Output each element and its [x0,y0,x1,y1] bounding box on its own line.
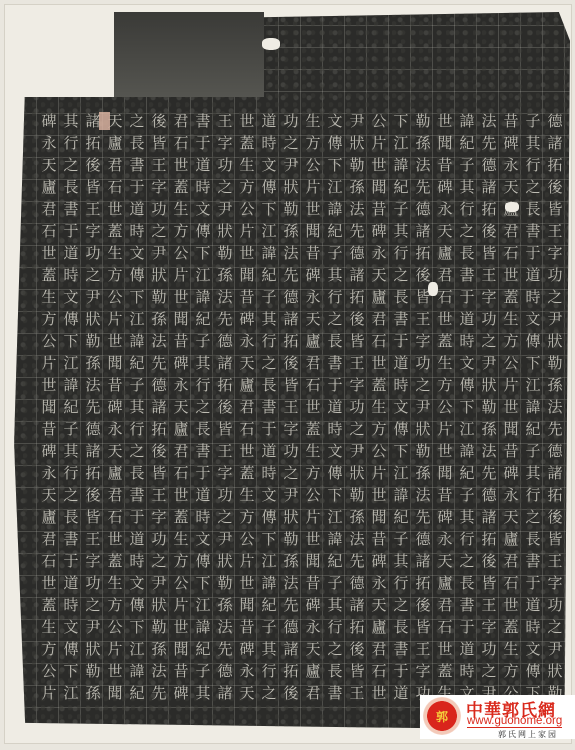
inscription-character: 傳 [522,660,544,682]
inscription-character: 天 [434,550,456,572]
inscription-character: 時 [126,550,148,572]
inscription-character: 諸 [478,506,500,528]
inscription-character: 君 [500,220,522,242]
inscription-character: 子 [192,330,214,352]
inscription-character: 拓 [544,484,566,506]
inscription-character: 後 [544,506,566,528]
inscription-character: 其 [258,638,280,660]
red-seal-stamp [99,112,110,130]
inscription-character: 世 [236,572,258,594]
inscription-character: 書 [324,352,346,374]
inscription-character: 王 [478,264,500,286]
inscription-character: 下 [390,440,412,462]
inscription-character: 君 [170,110,192,132]
inscription-character: 時 [324,418,346,440]
inscription-character: 公 [302,154,324,176]
inscription-character: 公 [236,528,258,550]
inscription-character: 勒 [214,242,236,264]
inscription-character: 勒 [544,352,566,374]
inscription-character: 孫 [82,352,104,374]
inscription-character: 世 [500,594,522,616]
inscription-character: 片 [500,374,522,396]
inscription-character: 先 [346,550,368,572]
inscription-character: 長 [258,374,280,396]
inscription-character: 王 [214,440,236,462]
inscription-character: 石 [104,506,126,528]
inscription-character: 方 [104,594,126,616]
inscription-character: 皆 [82,176,104,198]
inscription-character: 聞 [434,462,456,484]
inscription-character: 廬 [236,374,258,396]
inscription-character: 諱 [456,440,478,462]
inscription-character: 王 [82,528,104,550]
inscription-character: 下 [60,330,82,352]
inscription-character: 字 [280,418,302,440]
inscription-character: 勒 [478,396,500,418]
inscription-character: 方 [236,176,258,198]
inscription-character: 其 [324,594,346,616]
inscription-character: 廬 [500,528,522,550]
inscription-character: 聞 [500,418,522,440]
inscription-character: 紀 [258,264,280,286]
inscription-character: 狀 [82,308,104,330]
inscription-character: 功 [544,594,566,616]
inscription-character: 勒 [148,286,170,308]
inscription-character: 傳 [126,264,148,286]
inscription-character: 諱 [60,374,82,396]
inscription-character: 後 [346,638,368,660]
inscription-character: 永 [302,286,324,308]
inscription-character: 文 [60,286,82,308]
inscription-character: 諱 [522,396,544,418]
inscription-character: 方 [500,660,522,682]
inscription-character: 碑 [38,110,60,132]
inscription-character: 君 [104,154,126,176]
inscription-character: 拓 [478,528,500,550]
inscription-character: 世 [104,330,126,352]
inscription-character: 書 [456,264,478,286]
inscription-character: 傳 [192,220,214,242]
inscription-character: 于 [456,616,478,638]
inscription-character: 紀 [390,176,412,198]
inscription-character: 皆 [478,242,500,264]
inscription-character: 于 [126,506,148,528]
inscription-character: 之 [280,132,302,154]
inscription-character: 傳 [192,550,214,572]
inscription-character: 諱 [258,572,280,594]
inscription-character: 公 [104,616,126,638]
inscription-character: 行 [456,528,478,550]
inscription-character: 昔 [104,374,126,396]
inscription-character: 後 [412,594,434,616]
inscription-character: 道 [60,242,82,264]
inscription-character: 行 [324,286,346,308]
inscription-character: 先 [148,682,170,704]
inscription-character: 永 [236,330,258,352]
inscription-character: 狀 [148,264,170,286]
inscription-character: 文 [126,572,148,594]
inscription-character: 拓 [412,242,434,264]
inscription-character: 公 [368,110,390,132]
inscription-character: 生 [302,110,324,132]
inscription-character: 世 [170,616,192,638]
inscription-character: 石 [302,374,324,396]
inscription-character: 諸 [544,132,566,154]
inscription-character: 道 [324,396,346,418]
inscription-character: 片 [104,638,126,660]
inscription-character: 先 [280,594,302,616]
inscription-character: 其 [60,110,82,132]
inscription-character: 時 [522,286,544,308]
inscription-character: 廬 [38,176,60,198]
inscription-character: 王 [280,396,302,418]
inscription-character: 時 [60,594,82,616]
inscription-character: 拓 [478,198,500,220]
inscription-character: 長 [126,132,148,154]
inscription-character: 長 [456,242,478,264]
damage-spot [262,38,280,50]
inscription-character: 德 [82,418,104,440]
inscription-character: 石 [38,550,60,572]
inscription-character: 德 [148,374,170,396]
inscription-character: 蓋 [302,418,324,440]
inscription-character: 狀 [346,132,368,154]
inscription-character: 拓 [82,462,104,484]
inscription-character: 長 [522,528,544,550]
inscription-character: 勒 [82,330,104,352]
inscription-character: 蓋 [500,616,522,638]
inscription-character: 其 [390,220,412,242]
inscription-character: 行 [522,154,544,176]
inscription-character: 子 [390,528,412,550]
inscription-character: 其 [522,462,544,484]
inscription-character: 功 [148,198,170,220]
inscription-character: 世 [38,572,60,594]
inscription-character: 尹 [544,308,566,330]
inscription-character: 廬 [38,506,60,528]
inscription-character: 法 [82,374,104,396]
inscription-character: 道 [126,528,148,550]
inscription-character: 行 [60,462,82,484]
inscription-character: 傳 [60,308,82,330]
inscription-character: 書 [522,550,544,572]
inscription-character: 君 [104,484,126,506]
inscription-character: 狀 [214,550,236,572]
inscription-character: 功 [214,484,236,506]
inscription-character: 先 [346,220,368,242]
inscription-character: 君 [302,352,324,374]
inscription-character: 諱 [324,528,346,550]
inscription-character: 天 [500,176,522,198]
inscription-character: 行 [456,198,478,220]
inscription-character: 聞 [302,550,324,572]
inscription-character: 石 [170,462,192,484]
inscription-character: 尹 [214,528,236,550]
inscription-character: 昔 [434,484,456,506]
inscription-character: 傳 [258,506,280,528]
inscription-character: 下 [324,154,346,176]
inscription-character: 江 [60,352,82,374]
inscription-character: 其 [60,440,82,462]
inscription-character: 時 [456,660,478,682]
inscription-character: 皆 [148,462,170,484]
inscription-character: 功 [280,110,302,132]
inscription-character: 于 [456,286,478,308]
inscription-character: 尹 [346,110,368,132]
inscription-character: 之 [324,638,346,660]
inscription-character: 石 [368,330,390,352]
inscription-character: 法 [214,616,236,638]
inscription-character: 狀 [214,220,236,242]
inscription-character: 天 [302,308,324,330]
inscription-character: 道 [192,154,214,176]
inscription-character: 諸 [346,594,368,616]
inscription-character: 字 [478,616,500,638]
damage-spot [505,202,519,212]
inscription-character: 其 [126,396,148,418]
inscription-character: 紀 [258,594,280,616]
inscription-character: 尹 [148,242,170,264]
inscription-character: 世 [368,484,390,506]
inscription-character: 道 [522,264,544,286]
inscription-character: 其 [324,264,346,286]
inscription-character: 長 [324,330,346,352]
inscription-character: 孫 [412,132,434,154]
inscription-character: 時 [456,330,478,352]
inscription-character: 碑 [368,550,390,572]
inscription-character: 其 [390,550,412,572]
inscription-character: 王 [214,110,236,132]
inscription-character: 公 [236,198,258,220]
inscription-character: 方 [104,264,126,286]
inscription-character: 君 [434,264,456,286]
inscription-character: 世 [302,528,324,550]
inscription-character: 道 [390,352,412,374]
inscription-character: 功 [544,264,566,286]
inscription-character: 昔 [236,286,258,308]
inscription-character: 時 [258,462,280,484]
inscription-character: 功 [280,440,302,462]
inscription-character: 諱 [192,616,214,638]
inscription-character: 子 [126,374,148,396]
inscription-character: 功 [82,242,104,264]
inscription-character: 天 [104,440,126,462]
inscription-character: 勒 [82,660,104,682]
inscription-character: 生 [38,616,60,638]
inscription-character: 尹 [82,616,104,638]
inscription-character: 長 [390,286,412,308]
inscription-character: 之 [280,462,302,484]
inscription-character: 行 [192,374,214,396]
inscription-character: 蓋 [170,176,192,198]
inscription-character: 江 [456,418,478,440]
inscription-character: 片 [38,682,60,704]
inscription-character: 字 [544,242,566,264]
inscription-character: 之 [544,286,566,308]
inscription-character: 時 [60,264,82,286]
inscription-character: 廬 [104,462,126,484]
inscription-character: 石 [236,418,258,440]
inscription-character: 諸 [280,308,302,330]
inscription-character: 下 [258,528,280,550]
inscription-character: 君 [38,198,60,220]
inscription-character: 法 [478,110,500,132]
inscription-character: 王 [412,638,434,660]
inscription-character: 廬 [368,286,390,308]
inscription-character: 生 [170,198,192,220]
inscription-character: 紀 [390,506,412,528]
inscription-grid: 碑其諸天之後君書王世道功生文尹公下勒世諱法昔子德永行拓廬長皆石于字蓋時之方傳狀片… [38,110,568,720]
inscription-character: 生 [236,154,258,176]
inscription-character: 之 [60,154,82,176]
inscription-character: 長 [390,616,412,638]
inscription-character: 書 [60,528,82,550]
inscription-character: 德 [214,660,236,682]
inscription-character: 碑 [170,352,192,374]
inscription-character: 尹 [148,572,170,594]
inscription-character: 于 [390,330,412,352]
inscription-character: 子 [324,572,346,594]
inscription-character: 文 [258,154,280,176]
inscription-character: 文 [258,484,280,506]
inscription-character: 永 [236,660,258,682]
inscription-character: 之 [522,506,544,528]
inscription-character: 公 [104,286,126,308]
inscription-character: 紀 [456,462,478,484]
inscription-character: 世 [236,242,258,264]
inscription-character: 碑 [368,220,390,242]
inscription-character: 江 [60,682,82,704]
inscription-character: 長 [456,572,478,594]
inscription-character: 子 [258,286,280,308]
inscription-character: 長 [60,176,82,198]
inscription-character: 道 [390,682,412,704]
inscription-character: 先 [148,352,170,374]
inscription-character: 永 [368,242,390,264]
inscription-character: 石 [368,660,390,682]
inscription-character: 片 [302,506,324,528]
inscription-character: 其 [522,132,544,154]
inscription-character: 書 [258,396,280,418]
worn-top-band [114,12,264,97]
inscription-character: 石 [500,242,522,264]
inscription-character: 江 [192,264,214,286]
inscription-character: 碑 [302,264,324,286]
inscription-character: 後 [544,176,566,198]
inscription-character: 子 [522,440,544,462]
inscription-character: 勒 [280,528,302,550]
inscription-character: 文 [126,242,148,264]
inscription-character: 狀 [412,418,434,440]
inscription-character: 碑 [434,176,456,198]
inscription-character: 片 [236,550,258,572]
inscription-character: 時 [126,220,148,242]
inscription-character: 廬 [104,132,126,154]
inscription-character: 後 [478,220,500,242]
inscription-character: 天 [368,264,390,286]
inscription-character: 王 [346,682,368,704]
inscription-character: 聞 [104,682,126,704]
inscription-character: 先 [412,176,434,198]
inscription-character: 行 [258,330,280,352]
inscription-character: 道 [126,198,148,220]
inscription-character: 之 [478,660,500,682]
inscription-character: 世 [368,682,390,704]
inscription-character: 諸 [82,440,104,462]
inscription-character: 天 [302,638,324,660]
inscription-character: 之 [126,110,148,132]
inscription-character: 下 [126,616,148,638]
inscription-character: 世 [104,660,126,682]
inscription-character: 諸 [214,682,236,704]
site-watermark: 郭 中華郭氏網 www.guohome.org 郭氏网上家园 [420,695,575,739]
inscription-character: 下 [390,110,412,132]
inscription-character: 諸 [346,264,368,286]
inscription-character: 生 [170,528,192,550]
inscription-character: 方 [170,550,192,572]
inscription-character: 生 [236,484,258,506]
inscription-character: 諸 [280,638,302,660]
inscription-character: 尹 [280,154,302,176]
inscription-character: 孫 [346,176,368,198]
inscription-character: 天 [38,484,60,506]
inscription-character: 先 [280,264,302,286]
inscription-character: 君 [38,528,60,550]
inscription-character: 子 [456,154,478,176]
inscription-character: 蓋 [368,374,390,396]
inscription-character: 生 [500,638,522,660]
inscription-character: 孫 [478,418,500,440]
inscription-character: 聞 [302,220,324,242]
inscription-character: 世 [104,198,126,220]
inscription-character: 其 [456,176,478,198]
inscription-character: 公 [302,484,324,506]
inscription-character: 其 [192,352,214,374]
inscription-character: 法 [148,660,170,682]
inscription-character: 後 [148,440,170,462]
inscription-character: 其 [258,308,280,330]
inscription-character: 公 [434,396,456,418]
inscription-character: 法 [280,572,302,594]
inscription-character: 生 [38,286,60,308]
inscription-character: 王 [346,352,368,374]
inscription-character: 時 [192,506,214,528]
inscription-character: 皆 [214,418,236,440]
inscription-character: 紀 [192,308,214,330]
inscription-character: 狀 [346,462,368,484]
inscription-character: 永 [302,616,324,638]
inscription-character: 法 [478,440,500,462]
inscription-character: 世 [368,352,390,374]
inscription-character: 諱 [390,484,412,506]
inscription-character: 子 [324,242,346,264]
inscription-character: 後 [346,308,368,330]
inscription-character: 聞 [236,594,258,616]
inscription-character: 拓 [280,330,302,352]
inscription-character: 文 [522,308,544,330]
inscription-character: 行 [126,418,148,440]
inscription-character: 字 [148,176,170,198]
inscription-character: 尹 [478,352,500,374]
inscription-character: 道 [258,440,280,462]
inscription-character: 紀 [192,638,214,660]
inscription-character: 諱 [126,330,148,352]
inscription-character: 紀 [324,220,346,242]
inscription-character: 書 [60,198,82,220]
inscription-character: 世 [236,440,258,462]
inscription-character: 德 [346,242,368,264]
inscription-character: 傳 [126,594,148,616]
